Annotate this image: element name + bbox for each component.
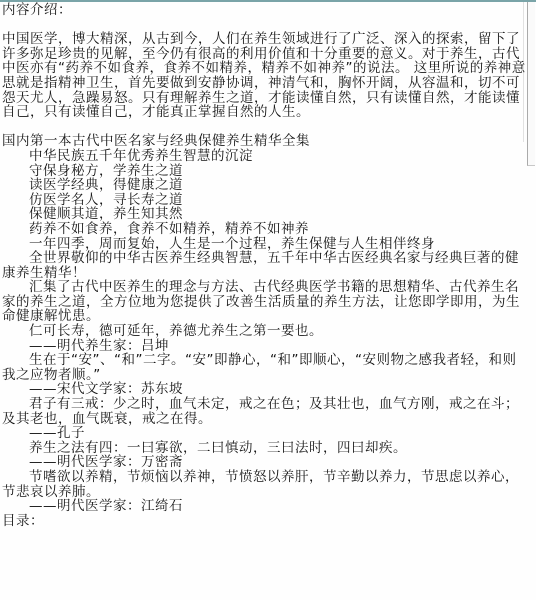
paragraph: 保健顺其道，养生知其然 (2, 207, 526, 222)
paragraph: 生在于“安”、“和”二字。“安”即静心，“和”即顺心，“安则物之感我者轻，和则我… (2, 353, 526, 382)
description-content: 内容介绍： 中国医学，博大精深，从古到今，人们在养生领域进行了广泛、深入的探索，… (2, 3, 526, 528)
paragraph: 读医学经典，得健康之道 (2, 178, 526, 193)
paragraph: 药养不如食养，食养不如精养，精养不如神养 (2, 222, 526, 237)
paragraph: 国内第一本古代中医名家与经典保健养生精华全集 (2, 134, 526, 149)
paragraph: ——明代医学家：万密斋 (2, 455, 526, 470)
paragraph: ——宋代文学家：苏东坡 (2, 382, 526, 397)
intro-heading: 内容介绍： (2, 3, 526, 18)
paragraph: 养生之法有四：一曰寡欲，二曰慎动，三曰法时，四曰却疾。 (2, 441, 526, 456)
paragraph: 全世界敬仰的中华古医养生经典智慧，五千年中华古医经典名家与经典巨著的健康养生精华… (2, 251, 526, 280)
paragraph: 一年四季，周而复始，人生是一个过程，养生保健与人生相伴终身 (2, 237, 526, 252)
catalog-heading: 目录： (2, 514, 526, 529)
paragraph: 节嗜欲以养精，节烦恼以养神，节愤怒以养肝，节辛勤以养力，节思虑以养心，节悲哀以养… (2, 470, 526, 499)
paragraph: ——明代医学家：江绮石 (2, 499, 526, 514)
paragraph: 汇集了古代中医养生的理念与方法、古代经典医学书籍的思想精华、古代养生名家的养生之… (2, 280, 526, 324)
paragraph: 仁可长寿，德可延年，养德尤养生之第一要也。 (2, 324, 526, 339)
paragraph: 中华民族五千年优秀养生智慧的沉淀 (2, 149, 526, 164)
paragraph: 守保身秘方，学养生之道 (2, 164, 526, 179)
paragraph-list: 中国医学，博大精深，从古到今，人们在养生领域进行了广泛、深入的探索，留下了许多弥… (2, 32, 526, 514)
product-description-page: 内容介绍： 中国医学，博大精深，从古到今，人们在养生领域进行了广泛、深入的探索，… (0, 0, 536, 600)
paragraph: 中国医学，博大精深，从古到今，人们在养生领域进行了广泛、深入的探索，留下了许多弥… (2, 32, 526, 120)
top-border-line (0, 0, 536, 2)
paragraph: ——孔子 (2, 426, 526, 441)
scrollbar-fragment[interactable] (527, 2, 535, 166)
paragraph: 君子有三戒：少之时，血气未定，戒之在色；及其壮也，血气方刚，戒之在斗；及其老也，… (2, 397, 526, 426)
